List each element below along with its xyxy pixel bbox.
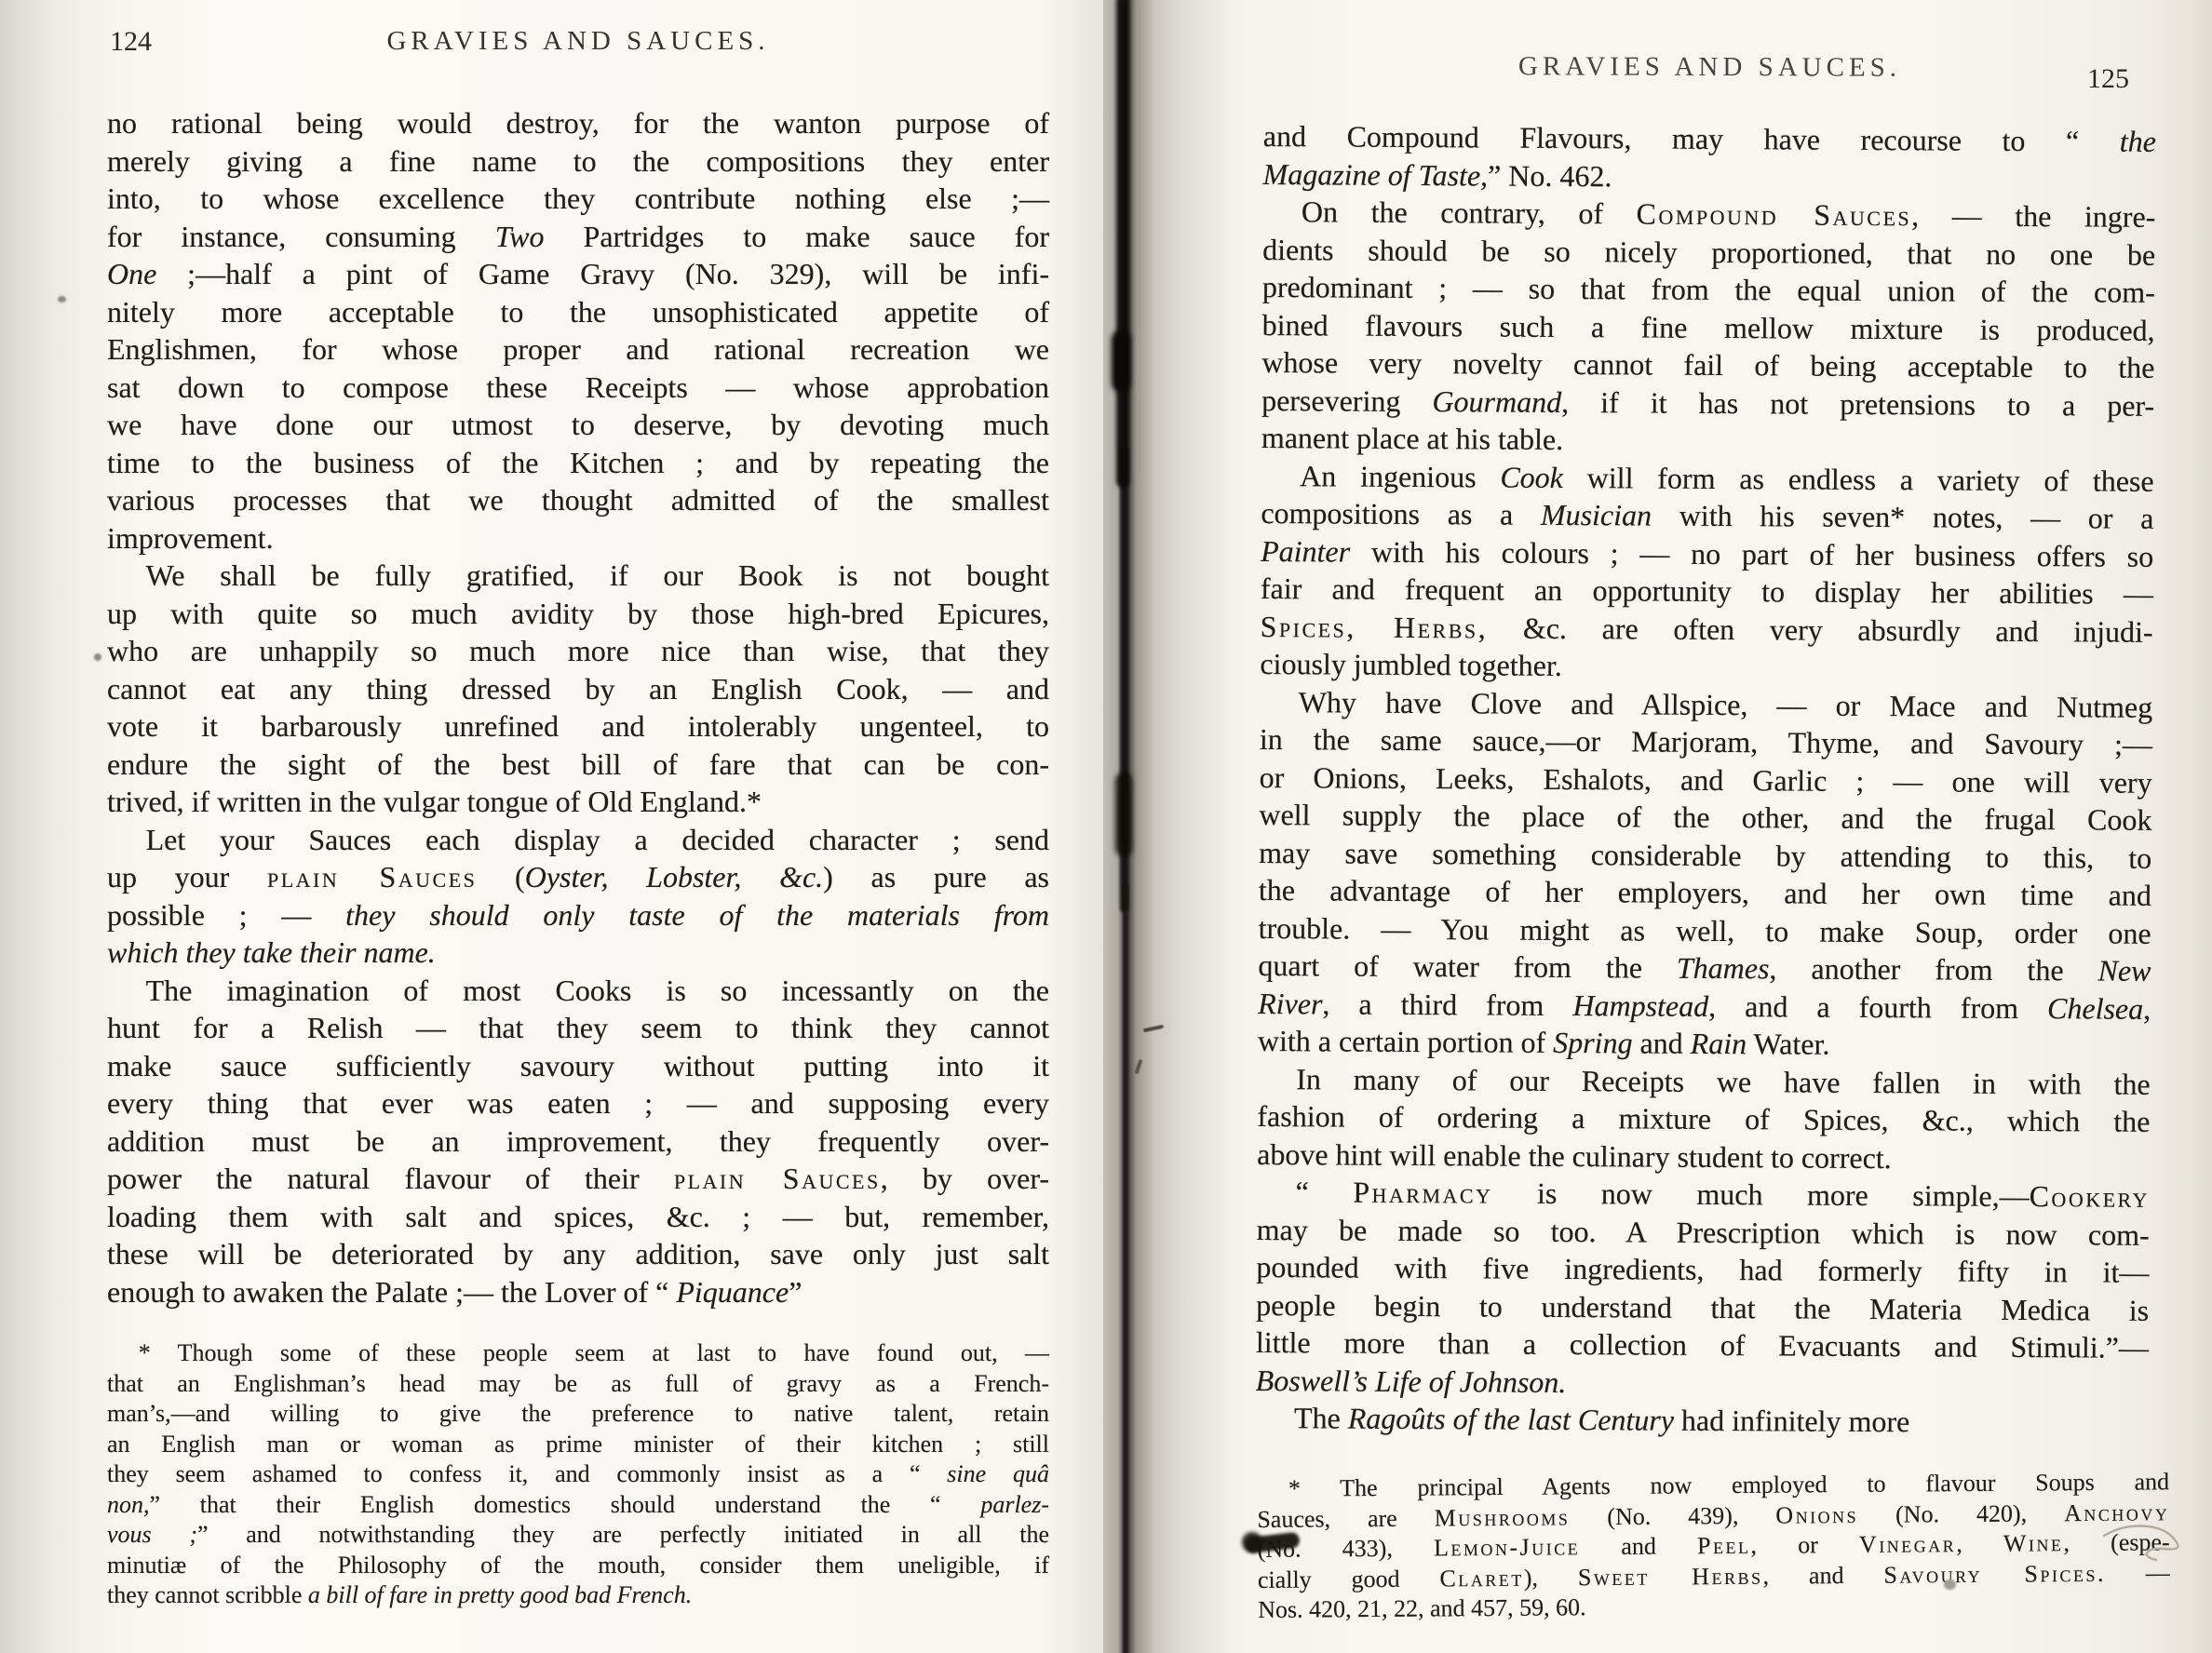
text-run: up your [107, 860, 267, 894]
text-line: enough to awaken the Palate ;— the Lover… [107, 1273, 1049, 1311]
text-run: We shall be fully gratified, if our Book… [146, 558, 1049, 592]
text-line: the advantage of her employers, and her … [1259, 871, 2151, 914]
text-run: Partridges to make sauce for [544, 220, 1049, 253]
text-run: , [2143, 991, 2151, 1025]
text-line: pounded with five ingredients, had forme… [1256, 1248, 2149, 1291]
text-line: quart of water from the Thames, another … [1258, 947, 2151, 989]
text-run: manent place at his table. [1261, 421, 1564, 456]
text-run: sine quâ [947, 1460, 1049, 1487]
text-run: Piquance [676, 1275, 789, 1309]
binding-crease-line [1123, 884, 1128, 1653]
text-run: dients should be so nicely proportioned,… [1262, 232, 2155, 271]
text-run: Musician [1541, 498, 1652, 532]
text-run: cannot eat any thing dressed by an Engli… [107, 672, 1049, 706]
text-line: ciously jumbled together. [1260, 645, 2152, 688]
text-run: Spices, Herbs, [1261, 609, 1489, 643]
text-run: parlez- [980, 1491, 1049, 1518]
text-line: Spices, Herbs, &c. are often very absurd… [1261, 607, 2153, 650]
text-run: compositions as a [1261, 496, 1541, 531]
text-run: an English man or woman as prime ministe… [107, 1431, 1049, 1458]
text-line: bined flavours such a fine mellow mixtur… [1262, 305, 2155, 348]
text-run: hunt for a Relish — that they seem to th… [107, 1011, 1049, 1044]
text-run: , and [1762, 1561, 1883, 1589]
text-run: enough to awaken the Palate ;— the Lover… [107, 1275, 676, 1309]
paragraph: * Though some of these people seem at la… [107, 1338, 1049, 1611]
text-run: An ingenious [1300, 459, 1500, 493]
text-run: , a third from [1322, 987, 1572, 1022]
text-run: Chelsea [2047, 991, 2143, 1026]
right-page-body-text: and Compound Flavours, may have recourse… [1255, 117, 2156, 1442]
text-run: had infinitely more [1674, 1404, 1909, 1439]
left-page-body-text: no rational being would destroy, for the… [107, 104, 1049, 1310]
text-run: people begin to understand that the Mate… [1256, 1287, 2149, 1326]
text-line: whose very novelty cannot fail of being … [1261, 343, 2154, 386]
text-line: may be made so too. A Prescription which… [1257, 1210, 2150, 1253]
text-run: ciously jumbled together. [1260, 647, 1562, 682]
text-run: , another from the [1769, 951, 2097, 987]
text-run: Water. [1747, 1027, 1829, 1061]
text-run: power the natural flavour of their [107, 1162, 674, 1195]
text-run: loading them with salt and spices, &c. ;… [107, 1200, 1049, 1233]
text-line: non,” that their English domestics shoul… [107, 1490, 1049, 1521]
text-line: up your plain Sauces (Oyster, Lobster, &… [107, 858, 1049, 896]
text-run: Sauces, are [1257, 1504, 1435, 1532]
text-run: Lemon-Juice [1434, 1533, 1580, 1561]
text-run: a bill of fare in pretty good bad French… [308, 1581, 692, 1608]
text-run: they cannot scribble [107, 1581, 308, 1608]
paper-speck [94, 653, 101, 661]
text-line: fair and frequent an opportunity to disp… [1261, 570, 2153, 612]
text-line: Englishmen, for whose proper and rationa… [107, 330, 1049, 369]
text-line: well supply the place of the other, and … [1259, 796, 2151, 839]
text-run: Claret [1439, 1564, 1524, 1592]
gutter-shadow [1041, 0, 1244, 1653]
text-run: , and a fourth from [1708, 988, 2047, 1024]
text-run: predominant ; — so that from the equal u… [1262, 270, 2155, 309]
text-line: River, a third from Hampstead, and a fou… [1258, 984, 2151, 1027]
text-run: little more than a collection of Evacuan… [1256, 1325, 2149, 1364]
text-run: Boswell’s Life of Johnson. [1256, 1363, 1567, 1398]
text-run: with his colours ; — no part of her busi… [1350, 534, 2153, 572]
text-line: they cannot scribble a bill of fare in p… [107, 1580, 1049, 1611]
text-run: non, [107, 1491, 150, 1518]
text-line: manent place at his table. [1261, 419, 2154, 462]
text-run: or Onions, Leeks, Eshalots, and Garlic ;… [1260, 759, 2152, 799]
text-run: Ragoûts of the last Century [1348, 1402, 1674, 1437]
text-line: various processes that we thought admitt… [107, 481, 1049, 519]
text-line: The Ragoûts of the last Century had infi… [1255, 1399, 2148, 1442]
text-run: Onions [1775, 1500, 1858, 1528]
text-run: ) as pure as [823, 860, 1049, 894]
text-line: “ Pharmacy is now much more simple,—Cook… [1257, 1173, 2150, 1216]
text-run: sat down to compose these Receipts — who… [107, 370, 1049, 404]
paragraph: * The principal Agents now employed to f… [1257, 1467, 2170, 1625]
text-run: possible ; — [107, 898, 345, 932]
text-run: merely giving a fine name to the composi… [107, 144, 1049, 178]
text-line: make sauce sufficiently savoury without … [107, 1047, 1049, 1085]
text-run: man’s,—and willing to give the preferenc… [107, 1400, 1049, 1427]
text-run: The imagination of most Cooks is so ince… [146, 974, 1049, 1007]
paragraph: We shall be fully gratified, if our Book… [107, 557, 1049, 821]
text-run: Two [495, 220, 545, 253]
text-run: Mushrooms [1435, 1503, 1571, 1531]
text-run: minutiæ of the Philosophy of the mouth, … [107, 1552, 1049, 1579]
text-run: the [2120, 125, 2156, 158]
text-run: into, to whose excellence they contribut… [107, 181, 1049, 215]
text-line: nitely more acceptable to the unsophisti… [107, 293, 1049, 331]
text-run: pounded with five ingredients, had forme… [1256, 1250, 2149, 1289]
left-running-head: GRAVIES AND SAUCES. [107, 26, 1049, 57]
text-line: possible ; — they should only taste of t… [107, 896, 1049, 934]
text-run: will form as endless a variety of these [1563, 460, 2154, 497]
text-run: In many of our Receipts we have fallen i… [1296, 1062, 2151, 1101]
text-run: ), [1524, 1564, 1578, 1591]
text-run: , or [1750, 1531, 1859, 1559]
text-line: We shall be fully gratified, if our Book… [107, 557, 1049, 595]
text-run: Peel [1697, 1532, 1751, 1559]
book-scan-spread: 124 GRAVIES AND SAUCES. GRAVIES AND SAUC… [0, 0, 2212, 1653]
text-line: loading them with salt and spices, &c. ;… [107, 1198, 1049, 1236]
text-run: ” No. 462. [1488, 158, 1612, 193]
text-line: In many of our Receipts we have fallen i… [1258, 1059, 2151, 1102]
text-line: time to the business of the Kitchen ; an… [107, 444, 1049, 482]
text-run: Oyster, Lobster, &c. [525, 860, 823, 894]
text-run: ” [789, 1275, 802, 1309]
text-line: One ;—half a pint of Game Gravy (No. 329… [107, 255, 1049, 293]
text-run: that an Englishman’s head may be as full… [107, 1370, 1049, 1397]
text-run: , if it has not pretensions to a per- [1561, 384, 2154, 422]
text-run: they seem ashamed to confess it, and com… [107, 1460, 947, 1487]
text-run: Pharmacy [1353, 1176, 1492, 1210]
text-line: we have done our utmost to deserve, by d… [107, 406, 1049, 444]
text-run: and Compound Flavours, may have recourse… [1263, 119, 2120, 158]
text-run: Thames [1677, 951, 1770, 986]
text-line: and Compound Flavours, may have recourse… [1263, 117, 2156, 160]
paragraph: The Ragoûts of the last Century had infi… [1255, 1399, 2148, 1442]
text-line: vote it barbarously unrefined and intole… [107, 707, 1049, 746]
text-line: minutiæ of the Philosophy of the mouth, … [107, 1551, 1049, 1581]
text-line: trived, if written in the vulgar tongue … [107, 783, 1049, 821]
paragraph: In many of our Receipts we have fallen i… [1257, 1059, 2151, 1177]
text-run: vous ; [107, 1521, 197, 1548]
text-line: every thing that ever was eaten ; — and … [107, 1084, 1049, 1122]
right-running-head: GRAVIES AND SAUCES. [1263, 50, 2156, 84]
text-run: New [2097, 953, 2151, 987]
text-line: hunt for a Relish — that they seem to th… [107, 1009, 1049, 1047]
text-run: Compound Sauces [1637, 196, 1912, 232]
text-run: nitely more acceptable to the unsophisti… [107, 295, 1049, 329]
text-line: may save something considerable by atten… [1259, 833, 2151, 876]
text-line: The imagination of most Cooks is so ince… [107, 972, 1049, 1010]
text-line: an English man or woman as prime ministe… [107, 1430, 1049, 1460]
text-line: these will be deteriorated by any additi… [107, 1235, 1049, 1273]
text-run: * The principal Agents now employed to f… [1288, 1468, 2169, 1501]
text-run: Rain [1691, 1027, 1747, 1060]
text-run: Spring [1553, 1026, 1633, 1060]
paragraph: no rational being would destroy, for the… [107, 104, 1049, 557]
text-run: every thing that ever was eaten ; — and … [107, 1086, 1049, 1120]
paragraph: The imagination of most Cooks is so ince… [107, 972, 1049, 1311]
text-run: (No. 420), [1858, 1499, 2064, 1528]
paragraph: An ingenious Cook will form as endless a… [1260, 456, 2153, 688]
text-run: Gourmand [1432, 384, 1561, 419]
text-line: Why have Clove and Allspice, — or Mace a… [1260, 682, 2152, 725]
text-line: merely giving a fine name to the composi… [107, 142, 1049, 181]
text-run: make sauce sufficiently savoury without … [107, 1049, 1049, 1082]
text-line: trouble. — You might as well, to make So… [1259, 908, 2151, 951]
text-run: trouble. — You might as well, to make So… [1259, 910, 2151, 949]
text-run: who are unhappily so much more nice than… [107, 634, 1049, 667]
text-run: fashion of ordering a mixture of Spices,… [1257, 1099, 2150, 1138]
text-run: improvement. [107, 521, 274, 555]
text-line: On the contrary, of Compound Sauces, — t… [1262, 193, 2155, 235]
text-run: ( [477, 860, 524, 894]
text-run: On the contrary, of [1302, 195, 1637, 230]
text-line: Painter with his colours ; — no part of … [1261, 531, 2153, 574]
text-run: The [1294, 1401, 1348, 1434]
text-run: the advantage of her employers, and her … [1259, 873, 2151, 912]
text-line: predominant ; — so that from the equal u… [1262, 268, 2155, 311]
text-run: these will be deteriorated by any additi… [107, 1237, 1049, 1270]
text-line: An ingenious Cook will form as endless a… [1261, 456, 2154, 499]
text-run: which they take their name. [107, 935, 436, 969]
text-line: man’s,—and willing to give the preferenc… [107, 1399, 1049, 1430]
text-line: endure the sight of the best bill of far… [107, 746, 1049, 784]
text-run: cially good [1258, 1565, 1440, 1593]
text-run: “ [1295, 1175, 1353, 1208]
text-run: for instance, consuming [107, 220, 495, 253]
text-line: they seem ashamed to confess it, and com… [107, 1459, 1049, 1490]
text-run: Painter [1261, 533, 1350, 568]
text-line: up with quite so much avidity by those h… [107, 595, 1049, 633]
text-run: Why have Clove and Allspice, — or Mace a… [1299, 685, 2153, 724]
text-run: up with quite so much avidity by those h… [107, 597, 1049, 630]
text-run: plain Sauces [267, 860, 477, 894]
text-run: , by over- [881, 1162, 1049, 1195]
right-page-footnote: * The principal Agents now employed to f… [1257, 1467, 2170, 1625]
text-line: Magazine of Taste,” No. 462. [1263, 155, 2156, 197]
ink-smudge [1242, 1532, 1262, 1552]
text-run: above hint will enable the culinary stud… [1257, 1136, 1892, 1174]
paper-speck [1944, 1579, 1956, 1590]
text-run: and [1632, 1026, 1690, 1059]
scan-squiggle-mark [2102, 1519, 2186, 1566]
text-line: Let your Sauces each display a decided c… [107, 821, 1049, 859]
text-run: Englishmen, for whose proper and rationa… [107, 332, 1049, 366]
text-run: Savoury Spices. [1883, 1559, 2106, 1588]
text-line: into, to whose excellence they contribut… [107, 180, 1049, 218]
text-run: quart of water from the [1258, 948, 1677, 985]
left-page-footnote: * Though some of these people seem at la… [107, 1338, 1049, 1611]
text-line: power the natural flavour of their plain… [107, 1160, 1049, 1198]
text-run: Let your Sauces each display a decided c… [146, 823, 1049, 856]
text-run: Vinegar [1859, 1530, 1957, 1558]
paragraph: and Compound Flavours, may have recourse… [1263, 117, 2156, 198]
text-line: which they take their name. [107, 934, 1049, 972]
text-run: with his seven* notes, — or a [1652, 499, 2154, 535]
text-line: that an Englishman’s head may be as full… [107, 1369, 1049, 1400]
text-run: with a certain portion of [1258, 1024, 1553, 1059]
binding-ink-blob [1112, 330, 1130, 392]
text-line: compositions as a Musician with his seve… [1261, 494, 2153, 537]
text-run: they should only taste of the materials … [345, 898, 1049, 932]
text-run: is now much more simple,— [1492, 1176, 2029, 1214]
text-run: Hampstead [1572, 988, 1708, 1023]
text-run: Cook [1500, 460, 1563, 493]
text-line: addition must be an improvement, they fr… [107, 1122, 1049, 1161]
text-line: persevering Gourmand, if it has not pret… [1261, 381, 2154, 423]
text-line: dients should be so nicely proportioned,… [1262, 230, 2155, 273]
text-run: Cookery [2030, 1179, 2151, 1214]
text-line: sat down to compose these Receipts — who… [107, 369, 1049, 407]
text-line: * Though some of these people seem at la… [107, 1338, 1049, 1369]
paragraph: “ Pharmacy is now much more simple,—Cook… [1256, 1173, 2150, 1404]
text-run: persevering [1261, 383, 1433, 417]
text-run: vote it barbarously unrefined and intole… [107, 709, 1049, 743]
text-line: cannot eat any thing dressed by an Engli… [107, 670, 1049, 708]
text-line: in the same sauce,—or Marjoram, Thyme, a… [1260, 720, 2152, 763]
text-run: (No. 439), [1570, 1501, 1775, 1530]
text-run: may save something considerable by atten… [1259, 835, 2151, 874]
text-line: vous ;” and notwithstanding they are per… [107, 1520, 1049, 1551]
text-run: fair and frequent an opportunity to disp… [1261, 571, 2153, 611]
text-line: with a certain portion of Spring and Rai… [1258, 1022, 2151, 1065]
text-run: * Though some of these people seem at la… [139, 1339, 1049, 1366]
text-run: endure the sight of the best bill of far… [107, 747, 1049, 781]
text-run: various processes that we thought admitt… [107, 483, 1049, 517]
binding-ink-blob [1115, 773, 1132, 856]
text-run: Magazine of Taste, [1263, 156, 1489, 191]
text-run: , — the ingre- [1911, 198, 2155, 234]
text-line: who are unhappily so much more nice than… [107, 632, 1049, 670]
paragraph: On the contrary, of Compound Sauces, — t… [1261, 193, 2156, 462]
text-run: in the same sauce,—or Marjoram, Thyme, a… [1260, 722, 2152, 761]
text-line: no rational being would destroy, for the… [107, 104, 1049, 142]
text-run: trived, if written in the vulgar tongue … [107, 785, 762, 818]
text-run: we have done our utmost to deserve, by d… [107, 408, 1049, 441]
text-run: River [1258, 986, 1323, 1019]
text-run: , [1956, 1530, 2003, 1557]
text-run: may be made so too. A Prescription which… [1257, 1212, 2150, 1251]
text-run: Wine [2003, 1529, 2064, 1557]
text-line: Boswell’s Life of Johnson. [1256, 1361, 2149, 1404]
text-line: fashion of ordering a mixture of Spices,… [1257, 1097, 2150, 1140]
text-run: well supply the place of the other, and … [1259, 798, 2151, 837]
text-run: and [1580, 1532, 1697, 1560]
text-line: for instance, consuming Two Partridges t… [107, 218, 1049, 256]
text-run: time to the business of the Kitchen ; an… [107, 446, 1049, 479]
text-line: people begin to understand that the Mate… [1256, 1285, 2149, 1328]
text-run: &c. are often very absurdly and injudi- [1488, 611, 2153, 648]
binding-crease-line [1116, 0, 1129, 488]
text-run: Sweet Herbs [1578, 1562, 1763, 1591]
text-line: improvement. [107, 519, 1049, 558]
text-run: bined flavours such a fine mellow mixtur… [1262, 307, 2155, 346]
text-run: no rational being would destroy, for the… [107, 106, 1049, 140]
text-run: ” that their English domestics should un… [150, 1491, 981, 1518]
text-run: whose very novelty cannot fail of being … [1261, 345, 2154, 384]
text-line: or Onions, Leeks, Eshalots, and Garlic ;… [1260, 758, 2152, 800]
paragraph: Let your Sauces each display a decided c… [107, 821, 1049, 972]
text-run: ” and notwithstanding they are perfectly… [197, 1521, 1049, 1548]
text-run: plain Sauces [674, 1162, 881, 1195]
text-run: One [107, 257, 156, 290]
paragraph: Why have Clove and Allspice, — or Mace a… [1258, 682, 2152, 1065]
right-page-number: 125 [2087, 63, 2129, 95]
text-run: Nos. 420, 21, 22, and 457, 59, 60. [1258, 1593, 1586, 1623]
text-run: addition must be an improvement, they fr… [107, 1124, 1049, 1158]
text-line: above hint will enable the culinary stud… [1257, 1135, 2150, 1177]
paper-speck [58, 296, 66, 302]
text-line: little more than a collection of Evacuan… [1256, 1324, 2149, 1366]
text-run: ;—half a pint of Game Gravy (No. 329), w… [156, 257, 1049, 290]
